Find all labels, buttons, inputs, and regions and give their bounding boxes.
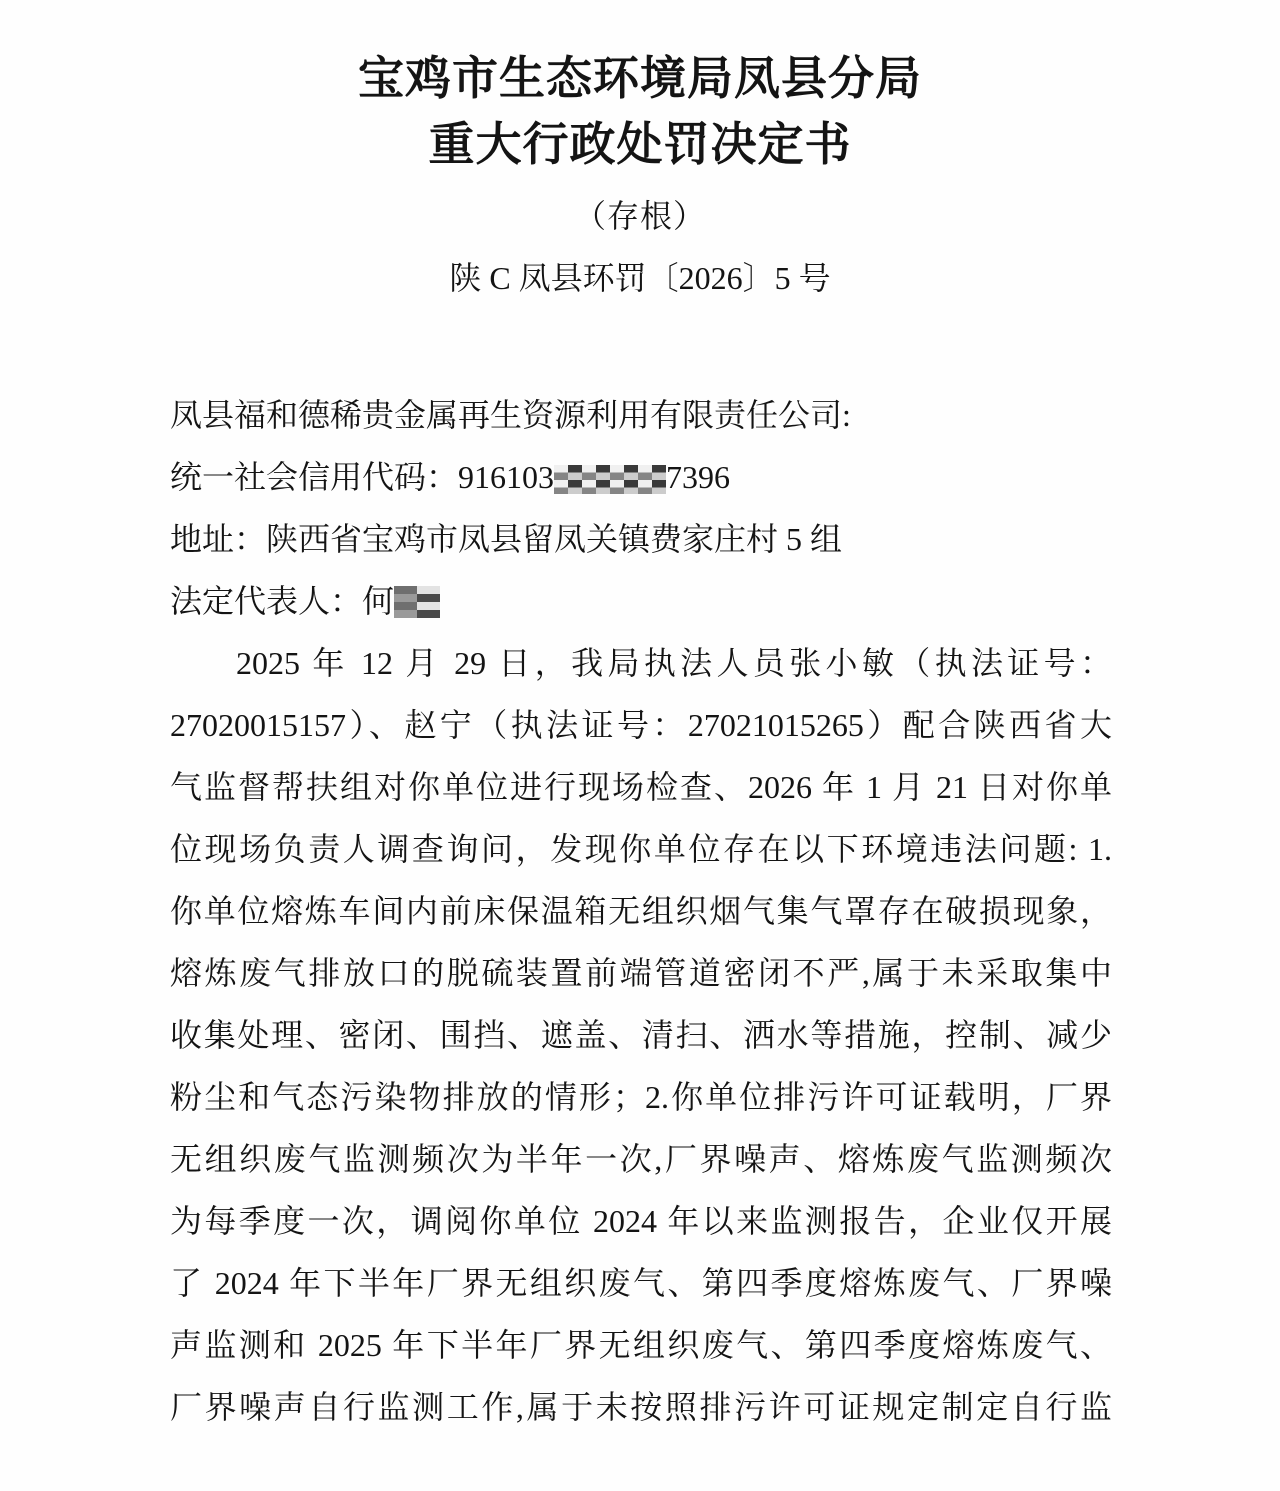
text-segment: 气监督帮扶组对你单位进行现场检查、2026 年 1 月 21 日对你单 (170, 769, 1112, 805)
text-segment: 厂界噪声自行监测工作,属于未按照排污许可证规定制定自行监 (170, 1389, 1112, 1425)
paragraph-line: 气监督帮扶组对你单位进行现场检查、2026 年 1 月 21 日对你单 (170, 756, 1112, 818)
document-title-line-2: 重大行政处罚决定书 (0, 112, 1280, 178)
text-segment: 粉尘和气态污染物排放的情形；2.你单位排污许可证载明，厂界 (170, 1079, 1112, 1115)
paragraph-line: 27020015157）、赵宁（执法证号：27021015265）配合陕西省大 (170, 694, 1112, 756)
text-segment: 位现场负责人调查询问，发现你单位存在以下环境违法问题: 1. (170, 831, 1112, 867)
paragraph-line: 厂界噪声自行监测工作,属于未按照排污许可证规定制定自行监 (170, 1376, 1112, 1438)
paragraph-line: 收集处理、密闭、围挡、遮盖、清扫、洒水等措施，控制、减少 (170, 1004, 1112, 1066)
paragraph-line: 了 2024 年下半年厂界无组织废气、第四季度熔炼废气、厂界噪 (170, 1252, 1112, 1314)
legal-representative-line: 法定代表人：何 (170, 570, 1112, 632)
text-segment: 无组织废气监测频次为半年一次,厂界噪声、熔炼废气监测频次 (170, 1141, 1112, 1177)
document-subtitle: （存根） (0, 196, 1280, 236)
recipient-company-line: 凤县福和德稀贵金属再生资源利用有限责任公司: (170, 384, 1112, 446)
paragraph-line: 2025 年 12 月 29 日，我局执法人员张小敏（执法证号： (170, 632, 1112, 694)
text-segment: 7396 (666, 459, 730, 495)
text-segment: 为每季度一次，调阅你单位 2024 年以来监测报告，企业仅开展 (170, 1203, 1112, 1239)
document-page: 宝鸡市生态环境局凤县分局 重大行政处罚决定书 （存根） 陕 C 凤县环罚〔202… (0, 0, 1280, 1491)
text-segment: 你单位熔炼车间内前床保温箱无组织烟气集气罩存在破损现象， (170, 893, 1112, 929)
document-lines: 凤县福和德稀贵金属再生资源利用有限责任公司:统一社会信用代码：916103739… (170, 384, 1112, 1438)
text-segment: 法定代表人：何 (170, 583, 394, 619)
text-segment: 收集处理、密闭、围挡、遮盖、清扫、洒水等措施，控制、减少 (170, 1017, 1112, 1053)
text-segment: 凤县福和德稀贵金属再生资源利用有限责任公司: (170, 397, 851, 433)
text-segment: 统一社会信用代码：916103 (170, 459, 554, 495)
document-header: 宝鸡市生态环境局凤县分局 重大行政处罚决定书 （存根） 陕 C 凤县环罚〔202… (0, 0, 1280, 298)
redaction-mosaic (394, 586, 440, 618)
text-segment: 声监测和 2025 年下半年厂界无组织废气、第四季度熔炼废气、 (170, 1327, 1112, 1363)
paragraph-line: 无组织废气监测频次为半年一次,厂界噪声、熔炼废气监测频次 (170, 1128, 1112, 1190)
address-line: 地址：陕西省宝鸡市凤县留凤关镇费家庄村 5 组 (170, 508, 1112, 570)
paragraph-line: 为每季度一次，调阅你单位 2024 年以来监测报告，企业仅开展 (170, 1190, 1112, 1252)
text-segment: 地址：陕西省宝鸡市凤县留凤关镇费家庄村 5 组 (170, 521, 842, 557)
credit-code-line: 统一社会信用代码：9161037396 (170, 446, 1112, 508)
paragraph-line: 位现场负责人调查询问，发现你单位存在以下环境违法问题: 1. (170, 818, 1112, 880)
text-segment: 2025 年 12 月 29 日，我局执法人员张小敏（执法证号： (236, 645, 1112, 681)
text-segment: 了 2024 年下半年厂界无组织废气、第四季度熔炼废气、厂界噪 (170, 1265, 1112, 1301)
document-title-line-1: 宝鸡市生态环境局凤县分局 (0, 46, 1280, 112)
paragraph-line: 你单位熔炼车间内前床保温箱无组织烟气集气罩存在破损现象， (170, 880, 1112, 942)
text-segment: 27020015157）、赵宁（执法证号：27021015265）配合陕西省大 (170, 707, 1112, 743)
paragraph-line: 熔炼废气排放口的脱硫装置前端管道密闭不严,属于未采取集中 (170, 942, 1112, 1004)
paragraph-line: 声监测和 2025 年下半年厂界无组织废气、第四季度熔炼废气、 (170, 1314, 1112, 1376)
text-segment: 熔炼废气排放口的脱硫装置前端管道密闭不严,属于未采取集中 (170, 955, 1112, 991)
document-number: 陕 C 凤县环罚〔2026〕5 号 (0, 258, 1280, 298)
paragraph-line: 粉尘和气态污染物排放的情形；2.你单位排污许可证载明，厂界 (170, 1066, 1112, 1128)
redaction-mosaic (554, 465, 666, 494)
